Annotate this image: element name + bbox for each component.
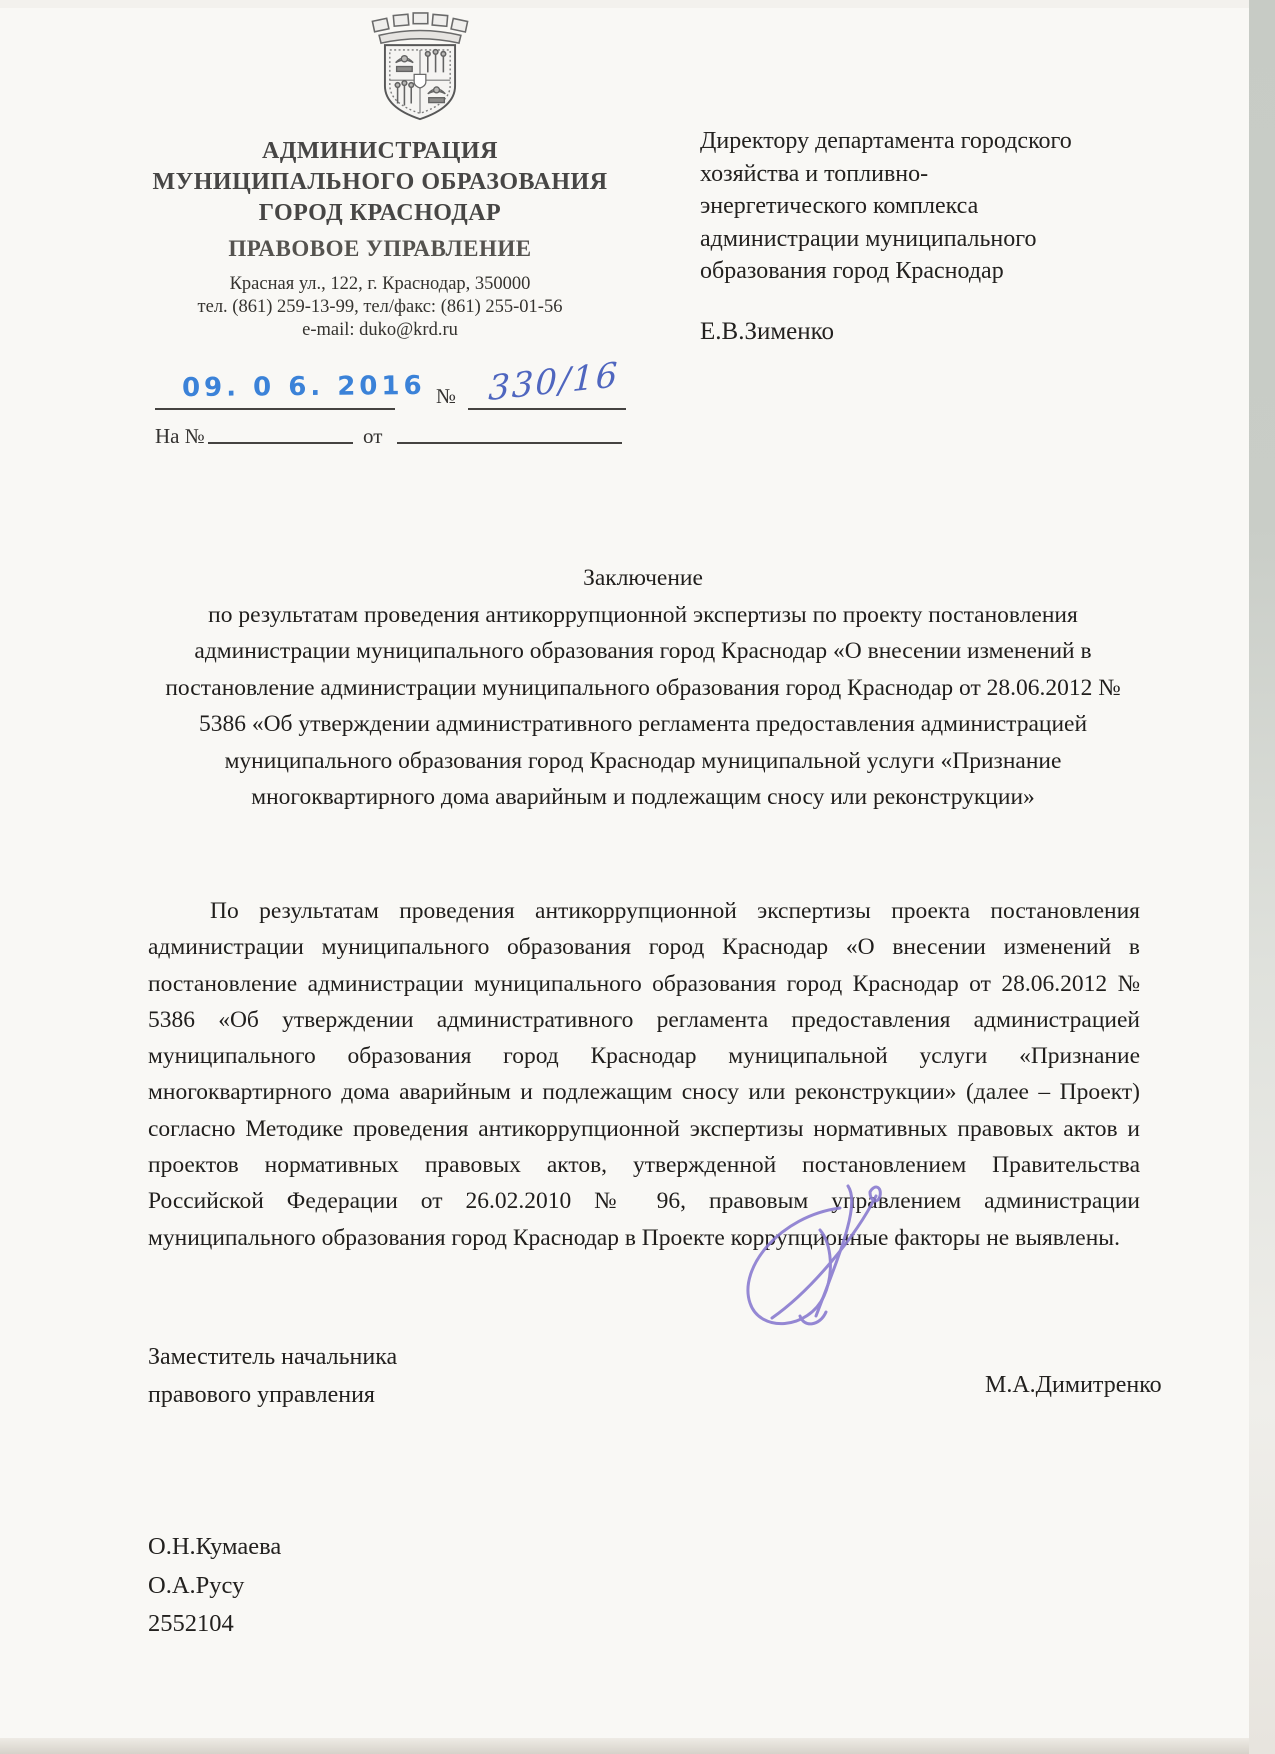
signer-position: Заместитель начальника правового управле…	[148, 1338, 397, 1414]
executor-name-2: О.А.Русу	[148, 1567, 281, 1606]
scan-bottom-edge	[0, 1738, 1249, 1754]
org-address: Красная ул., 122, г. Краснодар, 350000	[120, 273, 640, 296]
addressee-line: администрации муниципального	[700, 223, 1150, 256]
addressee-block: Директору департамента городского хозяйс…	[700, 125, 1150, 288]
document-title: Заключение	[143, 560, 1143, 597]
ot-label: от	[363, 424, 382, 449]
body-paragraph: По результатам проведения антикоррупцион…	[148, 893, 1140, 1256]
org-email: e-mail: duko@krd.ru	[120, 319, 640, 342]
org-name-line3: ГОРОД КРАСНОДАР	[120, 198, 640, 229]
signer-position-line1: Заместитель начальника	[148, 1338, 397, 1376]
handwritten-signature-icon	[720, 1178, 940, 1338]
addressee-line: Директору департамента городского	[700, 125, 1150, 158]
date-underline	[155, 372, 395, 410]
addressee-line: хозяйства и топливно-	[700, 158, 1150, 191]
executor-phone: 2552104	[148, 1605, 281, 1644]
document-title-block: Заключение по результатам проведения ант…	[143, 560, 1143, 816]
krasnodar-coat-of-arms-icon	[330, 12, 510, 124]
na-no-label: На №	[155, 424, 205, 449]
signer-name: М.А.Димитренко	[985, 1372, 1162, 1399]
scan-right-edge	[1249, 0, 1275, 1754]
executor-name-1: О.Н.Кумаева	[148, 1528, 281, 1567]
org-phone: тел. (861) 259-13-99, тел/факс: (861) 25…	[120, 296, 640, 319]
number-sign: №	[436, 384, 456, 409]
department-name: ПРАВОВОЕ УПРАВЛЕНИЕ	[120, 236, 640, 262]
addressee-line: энергетического комплекса	[700, 190, 1150, 223]
letterhead: АДМИНИСТРАЦИЯ МУНИЦИПАЛЬНОГО ОБРАЗОВАНИЯ…	[120, 136, 640, 342]
org-name-line1: АДМИНИСТРАЦИЯ	[120, 136, 640, 167]
ot-underline	[397, 412, 622, 444]
org-name-line2: МУНИЦИПАЛЬНОГО ОБРАЗОВАНИЯ	[120, 167, 640, 198]
number-underline	[468, 372, 626, 410]
scan-top-edge	[0, 0, 1249, 8]
document-subtitle: по результатам проведения антикоррупцион…	[165, 602, 1120, 811]
addressee-line: образования город Краснодар	[700, 255, 1150, 288]
signer-position-line2: правового управления	[148, 1376, 397, 1414]
addressee-name: Е.В.Зименко	[700, 318, 834, 346]
na-no-underline	[208, 412, 353, 444]
executors-block: О.Н.Кумаева О.А.Русу 2552104	[148, 1528, 281, 1644]
